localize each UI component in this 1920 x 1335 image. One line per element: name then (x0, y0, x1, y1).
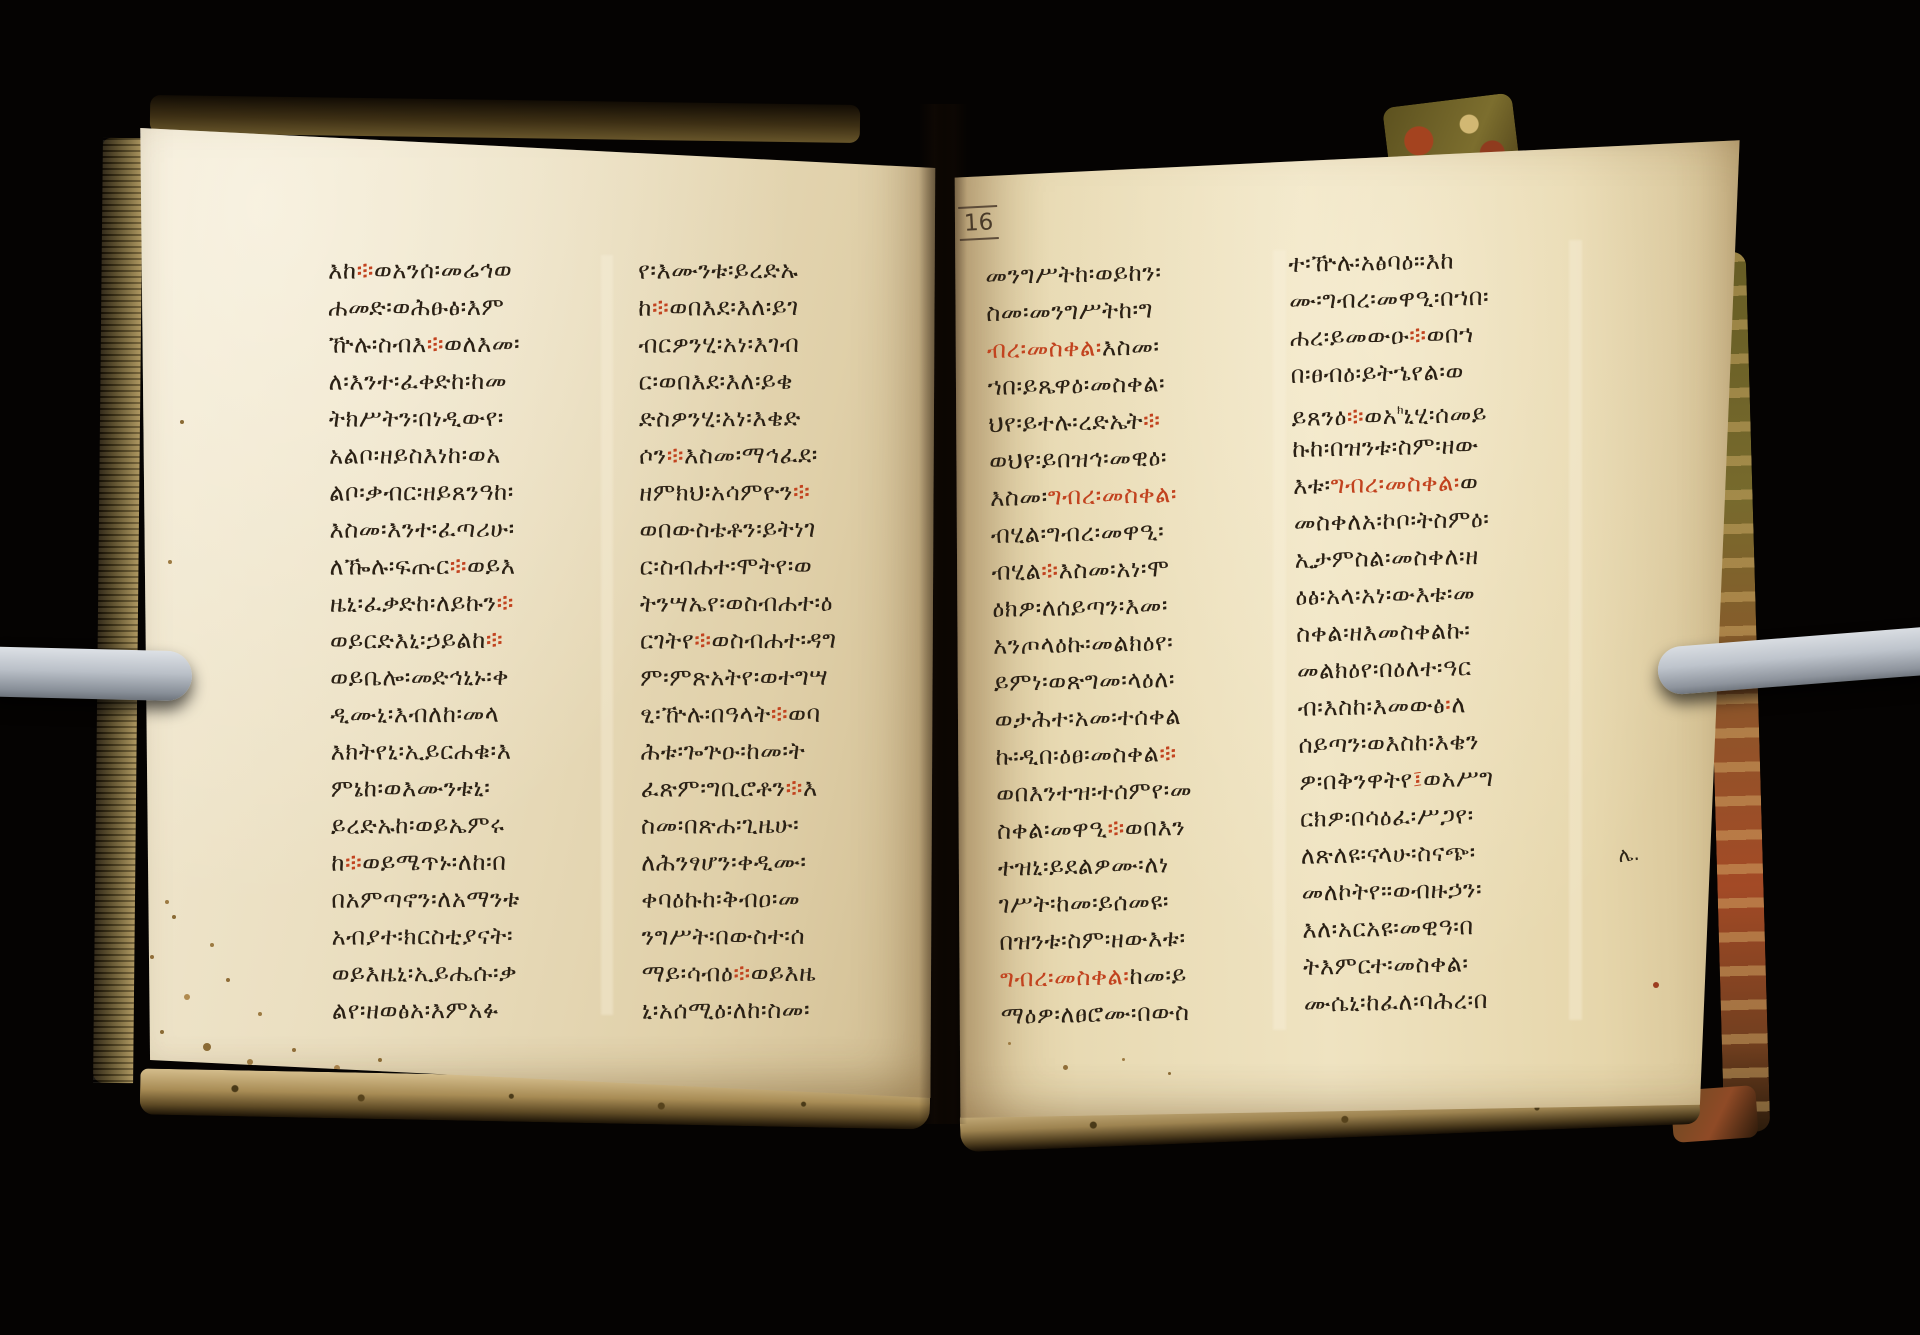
ink-text: ዜኒ፡ፈቃድከ፡ለይኩን (330, 589, 497, 618)
ink-text: እስመ፡እንተ፡ፈጣሪሁ፡ (329, 515, 514, 544)
text-line: ስመ፡በጽሐ፡ጊዜሁ፡ (641, 806, 916, 844)
book-gutter-shadow (919, 104, 967, 1124)
ink-text: ለሕንፃሆን፡ቀዲሙ፡ (641, 848, 807, 877)
ink-text: ወበእን (1125, 813, 1186, 842)
ink-text: እስመ፡ማኅፈደ፡ (684, 441, 818, 470)
margin-quire-mark: ሌ. (1616, 841, 1640, 868)
ink-text: በአምጣኖን፡ለአማንቱ (331, 885, 520, 914)
ink-text: ይረድኡከ፡ወይኤምሩ (331, 811, 505, 840)
ink-text: እስመ፡አነ፡ሞ (1058, 554, 1169, 584)
ink-text: ሙ፡ግብረ፡መዋዒ፡በኀበ፡ (1289, 283, 1490, 315)
rubric-text: ፨ (1409, 321, 1427, 349)
ink-text: ትንሣኤየ፡ወስብሐተ፡ዕ (640, 589, 833, 618)
text-line: ትንሣኤየ፡ወስብሐተ፡ዕ (640, 584, 915, 622)
text-line: ይረድኡከ፡ወይኤምሩ (331, 806, 606, 844)
text-line: ከ፨ወይሜጥኑ፡ለከ፡በ (331, 843, 606, 881)
ink-text: ስመ፡በጽሐ፡ጊዜሁ፡ (641, 811, 799, 840)
ink-text: ትእምርተ፡መስቀል፡ (1303, 949, 1469, 980)
rubric-text: ፨ (450, 552, 468, 580)
text-line: እለ፡አርአዩ፡መዊዓ፡በ (1302, 906, 1585, 949)
rubric-text: ፨ (497, 589, 515, 617)
page-holder-clip-left (0, 647, 193, 702)
ink-text: ስቀል፡ዘእመስቀልኩ፡ (1296, 616, 1471, 648)
text-line: ዅሉ፡ስብእ፨ወለእመ፡ (328, 325, 603, 363)
ink-text: ማይ፡ሳብዕ (642, 959, 734, 987)
ink-text: ወበእደ፡እለ፡ይገ (669, 293, 798, 322)
ink-text: ወይእ (467, 552, 516, 580)
paper-stains (165, 900, 169, 904)
rubric-text: ግብረ፡መስቀል፡ (1330, 468, 1460, 499)
ink-text: ወአንሰ፡መሬኅወ (374, 256, 512, 285)
ink-text: እከ (328, 257, 357, 285)
text-line: ወህየ፡ይበዝኅ፡መዊዕ፡ (989, 437, 1272, 480)
text-line: አብያተ፡ክርስቲያናት፡ (331, 917, 606, 955)
text-line: ለሕንፃሆን፡ቀዲሙ፡ (641, 843, 916, 881)
text-line: በዝንቱ፡ስም፡ዘውእቱ፡ (999, 918, 1282, 961)
text-line: እቱ፡ግብረ፡መስቀል፡ወ (1293, 462, 1576, 505)
text-line: መስቀለአ፡ኮቦ፡ትስምዕ፡ (1293, 499, 1576, 542)
text-line: ርክዎ፡በሳዕፈ፡ሥጋየ፡ (1300, 795, 1583, 838)
ink-text: ርክዎ፡በሳዕፈ፡ሥጋየ፡ (1300, 801, 1474, 833)
text-line: ወይእዜኒ፡ኢይሔሱ፡ቃ (332, 954, 607, 992)
ink-text: ከመ፡ይ (1129, 961, 1187, 990)
ink-text: ኒ፡አሰሚዕ፡ለከ፡ስመ፡ (642, 996, 810, 1025)
text-line: እስመ፡እንተ፡ፈጣሪሁ፡ (329, 510, 604, 548)
ink-text: ዲሙኒ፡እብለከ፡መላ (330, 700, 499, 729)
paper-stains (1008, 1042, 1011, 1045)
text-line: ተ፡ዅሉ፡አፅባዕ።እከ (1288, 240, 1571, 283)
ink-text: ወአሥግ (1423, 764, 1494, 793)
text-line: ይጸንዕ፨ወአክኒሂ፡ሰመይ (1291, 388, 1574, 431)
ink-text: እክትየኒ፡ኢይርሐቁ፡እ (331, 737, 512, 766)
text-line: ህየ፡ይተሉ፡ረድኤት፨ (988, 400, 1271, 443)
text-line: ኀበ፡ይጼዋዕ፡መስቀል፡ (987, 363, 1270, 406)
rubric-text: ፨ (1159, 739, 1177, 767)
text-line: ትእምርተ፡መስቀል፡ (1303, 943, 1586, 986)
text-line: ዜኒ፡ፈቃድከ፡ለይኩን፨ (330, 584, 605, 622)
ink-text: ይጸንዕ (1291, 403, 1347, 432)
ink-text: ከ (331, 849, 345, 877)
ink-text: እቱ፡ (1293, 471, 1331, 500)
text-line: ብ፡እስከ፡እመውፅ፡ለ (1297, 684, 1580, 727)
ink-text: ኩ፡ዲበ፡ዕፀ፡መስቀል (995, 739, 1159, 770)
ink-text: ልቦ፡ቃብር፡ዘይጸንዓከ፡ (329, 478, 514, 507)
text-line: ስቀል፡ዘእመስቀልኩ፡ (1296, 610, 1579, 653)
text-line: ዘምክህ፡አሳምዮን፨ (639, 473, 914, 511)
text-line: ለ፡እንተ፡ፈቀድከ፡ከመ (329, 362, 604, 400)
ink-text: የ፡እሙንቱ፡ይረድኡ (638, 256, 798, 285)
text-line: ሰይጣን፡ወእስከ፡እቄን (1298, 721, 1581, 764)
text-line: ዎ፡በቅንዋትየ፤ወአሥግ (1299, 758, 1582, 801)
rubric-text: ፨ (1107, 814, 1125, 842)
text-line: ፂ፡ዅሉ፡በዓላት፨ወባ (640, 695, 915, 733)
text-line: እክትየኒ፡ኢይርሐቁ፡እ (330, 732, 605, 770)
rubric-text: ፨ (486, 626, 504, 654)
text-line: በአምጣኖን፡ለአማንቱ (331, 880, 606, 918)
text-line: ተዝኒ፡ይደልዎሙ፡ለነ (997, 844, 1280, 887)
text-line: እከ፨ወአንሰ፡መሬኅወ (328, 251, 603, 289)
ink-text: ለ፡እንተ፡ፈቀድከ፡ከመ (329, 367, 507, 396)
ink-text: ለ (1451, 690, 1466, 718)
ink-text: ኩከ፡በዝንቱ፡ስም፡ዘው (1292, 431, 1479, 463)
rubric-text: ፨ (1041, 557, 1059, 585)
ink-text: ወይሜጥኑ፡ለከ፡በ (362, 848, 506, 877)
ink-text: ዅሉ፡ስብእ (328, 330, 426, 359)
ink-text: መልክዕየ፡በዕለተ፡ዓር (1297, 653, 1472, 685)
rubric-text: ፨ (694, 626, 712, 654)
text-line: እስመ፡ግብረ፡መስቀል፡ (990, 474, 1273, 517)
ink-text: ወይርድእኒ፡ኃይልከ (330, 626, 486, 655)
ink-text: ር፡ስብሐተ፡ሞትየ፡ወ (640, 552, 813, 581)
ink-text: ለጽለዩ፡ናላሁ፡ስናጭ፡ (1300, 838, 1476, 870)
text-line: ትክሥትን፡በነዲውየ፡ (329, 399, 604, 437)
text-line: ዕፅ፡አላ፡አነ፡ውእቱ፡መ (1295, 573, 1578, 616)
ink-text: ፈጽም፡ግቢሮቶን (641, 774, 786, 803)
text-line: ሙ፡ግብረ፡መዋዒ፡በኀበ፡ (1289, 277, 1572, 320)
text-line: ኢታምስል፡መስቀለ፡ዘ (1294, 536, 1577, 579)
ink-text: ዕፅ፡አላ፡አነ፡ውእቱ፡መ (1295, 579, 1475, 611)
text-line: ለዀሉ፡ፍጡር፨ወይእ (330, 547, 605, 585)
text-line: ሙሴኒ፡ከፈለ፡ባሕረ፡በ (1303, 980, 1586, 1023)
ink-text: ር፡ወበእደ፡እለ፡ይቄ (639, 367, 793, 396)
ink-text: እ (803, 774, 818, 802)
ink-text: ወታሕተ፡አመ፡ተሰቀል (994, 702, 1181, 734)
text-line: ወበውስቴቶን፡ይትነገ (639, 510, 914, 548)
ink-text: ሶን (639, 442, 667, 470)
ink-text: ትክሥትን፡በነዲውየ፡ (329, 404, 504, 433)
text-line: ግብረ፡መስቀል፡ከመ፡ይ (1000, 955, 1283, 998)
text-line: ልየ፡ዘወፅአ፡እምአፉ (332, 991, 607, 1029)
ink-text: ወባ (788, 700, 821, 728)
text-line: ገሥት፡ከመ፡ይሰመዩ፡ (998, 881, 1281, 924)
ink-text: ወለእመ፡ (444, 330, 520, 358)
ink-text: ወህየ፡ይበዝኅ፡መዊዕ፡ (989, 443, 1167, 475)
ink-text: ም፡ምጽአትየ፡ወተግሣ (640, 663, 828, 692)
rubric-text: ግብረ፡መስቀል፡ (1000, 962, 1130, 993)
ink-text: ማዕዎ፡ለፀሮሙ፡በውስ (1001, 998, 1190, 1030)
rubric-text: ፨ (356, 256, 374, 284)
ink-text: ድስዎንሂ፡አነ፡እቄድ (639, 404, 801, 433)
text-line: ሐረ፡ይመውዑ፨ወበኀ (1290, 314, 1573, 357)
text-line: ወበእንተዝ፡ተሰምየ፡መ (996, 770, 1279, 813)
rubric-text: ፨ (793, 478, 811, 506)
ink-text: እለ፡አርአዩ፡መዊዓ፡በ (1302, 912, 1474, 944)
rubric-text: ፨ (771, 700, 789, 728)
text-line: ብረ፡መስቀል፡እስመ፡ (987, 326, 1270, 369)
rubric-text: ፨ (652, 294, 670, 322)
text-line: መንግሥትከ፡ወይከን፡ (985, 252, 1268, 295)
ink-text: ምኔከ፡ወእሙንቱኒ፡ (331, 774, 491, 803)
ink-text: ተዝኒ፡ይደልዎሙ፡ለነ (997, 850, 1169, 882)
text-line: መልክዕየ፡በዕለተ፡ዓር (1297, 647, 1580, 690)
text-line: ፈጽም፡ግቢሮቶን፨እ (641, 769, 916, 807)
text-line: ዕክዎ፡ለሰይጣን፡እመ፡ (992, 585, 1275, 628)
ink-text: እስመ፡ (1102, 332, 1160, 361)
text-line: ስመ፡መንግሥትከ፡ግ (986, 289, 1269, 332)
rubric-text: ፨ (667, 441, 685, 469)
text-line: ንግሥት፡በውስተ፡ሰ (641, 917, 916, 955)
ink-text: በ፡ፀብዕ፡ይትኄየል፡ወ (1290, 357, 1464, 389)
ink-text: ብሂል (991, 557, 1041, 586)
text-line: ወይቤሎ፡መድኅኒኑ፡ቀ (330, 658, 605, 696)
text-line: ዲሙኒ፡እብለከ፡መላ (330, 695, 605, 733)
ink-text: እስመ፡ (990, 483, 1048, 512)
manuscript-page-left: እከ፨ወአንሰ፡መሬኅወሐመድ፡ወሕፁፅ፡እምዅሉ፡ስብእ፨ወለእመ፡ለ፡እንተ… (133, 105, 945, 1105)
ink-text: ንግሥት፡በውስተ፡ሰ (641, 922, 805, 951)
text-line: ለጽለዩ፡ናላሁ፡ስናጭ፡ (1300, 832, 1583, 875)
text-line: ወይርድእኒ፡ኃይልከ፨ (330, 621, 605, 659)
text-line: ሶን፨እስመ፡ማኅፈደ፡ (639, 436, 914, 474)
text-line: መለኮትየ።ወብዙኃን፡ (1301, 869, 1584, 912)
manuscript-page-right: 16 መንግሥትከ፡ወይከን፡ስመ፡መንግሥትከ፡ግብረ፡መስቀል፡እስመ፡ኀበ… (945, 120, 1755, 1130)
text-line: ብሂል፡ግብረ፡መዋዒ፡ (990, 511, 1273, 554)
text-line: ድስዎንሂ፡አነ፡እቄድ (639, 399, 914, 437)
ink-text: መስቀለአ፡ኮቦ፡ትስምዕ፡ (1294, 505, 1490, 537)
ink-text: ሐረ፡ይመውዑ (1290, 321, 1410, 351)
ink-text: መንግሥትከ፡ወይከን፡ (985, 258, 1162, 290)
text-line: ማይ፡ሳብዕ፨ወይእዜ (642, 954, 917, 992)
text-column-4: ተ፡ዅሉ፡አፅባዕ።እከሙ፡ግብረ፡መዋዒ፡በኀበ፡ሐረ፡ይመውዑ፨ወበኀበ፡ፀ… (1288, 240, 1586, 1023)
rubric-text: ብረ፡መስቀል፡ (987, 334, 1102, 364)
ink-text: ወበውስቴቶን፡ይትነገ (639, 515, 816, 544)
ink-text: ወይእዜ (751, 959, 816, 987)
page-stack-fore-edge-left (93, 138, 143, 1083)
text-line: ም፡ምጽአትየ፡ወተግሣ (640, 658, 915, 696)
text-line: በ፡ፀብዕ፡ይትኄየል፡ወ (1290, 351, 1573, 394)
text-line: ምኔከ፡ወእሙንቱኒ፡ (331, 769, 606, 807)
ink-text: ኒሂ፡ሰመይ (1403, 400, 1487, 430)
ink-text: ኢታምስል፡መስቀለ፡ዘ (1294, 542, 1479, 574)
ink-text: ብሂል፡ግብረ፡መዋዒ፡ (991, 517, 1165, 549)
ink-text: ወይቤሎ፡መድኅኒኑ፡ቀ (330, 663, 509, 692)
ink-text: ሐመድ፡ወሕፁፅ፡እም (328, 293, 504, 322)
ink-text: ኀበ፡ይጼዋዕ፡መስቀል፡ (987, 369, 1165, 401)
text-line: አንጦላዕኩ፡መልክዕየ፡ (993, 622, 1276, 665)
text-line: ርገትየ፨ወስብሐተ፡ዳግ (640, 621, 915, 659)
ink-text: ወአ (1364, 402, 1398, 431)
text-line: ሐመድ፡ወሕፁፅ፡እም (328, 288, 603, 326)
ink-text: በዝንቱ፡ስም፡ዘውእቱ፡ (999, 924, 1186, 956)
ink-text: ፂ፡ዅሉ፡በዓላት (640, 700, 771, 729)
photo-open-manuscript: እከ፨ወአንሰ፡መሬኅወሐመድ፡ወሕፁፅ፡እምዅሉ፡ስብእ፨ወለእመ፡ለ፡እንተ… (0, 0, 1920, 1335)
ink-text: ገሥት፡ከመ፡ይሰመዩ፡ (998, 887, 1169, 919)
ink-text: ወበእንተዝ፡ተሰምየ፡መ (996, 776, 1192, 808)
text-line: ልቦ፡ቃብር፡ዘይጸንዓከ፡ (329, 473, 604, 511)
ink-text: ተ፡ዅሉ፡አፅባዕ።እከ (1288, 247, 1454, 278)
ink-text: ወስብሐተ፡ዳግ (711, 626, 836, 655)
text-line: ወታሕተ፡አመ፡ተሰቀል (994, 696, 1277, 739)
rubric-text: ፨ (733, 959, 751, 987)
text-line: ስቀል፡መዋዒ፨ወበእን (997, 807, 1280, 850)
text-line: ር፡ስብሐተ፡ሞትየ፡ወ (640, 547, 915, 585)
ink-text: ይምነ፡ወጽግመ፡ላዕለ፡ (994, 665, 1176, 697)
ink-text: ልየ፡ዘወፅአ፡እምአፉ (332, 996, 499, 1025)
ink-text: ዕክዎ፡ለሰይጣን፡እመ፡ (992, 591, 1168, 623)
text-line: ኩከ፡በዝንቱ፡ስም፡ዘው (1292, 425, 1575, 468)
ink-text: ለዀሉ፡ፍጡር (330, 552, 450, 581)
ink-text: ቀባዕኩከ፡ቅብዐ፡መ (641, 885, 800, 914)
text-line: ብርዎንሂ፡አነ፡እገብ (638, 325, 913, 363)
text-line: የ፡እሙንቱ፡ይረድኡ (638, 251, 913, 289)
rubric-text: ፨ (427, 330, 445, 358)
rubric-text: ግብረ፡መስቀል፡ (1047, 480, 1177, 511)
ink-text: ስቀል፡መዋዒ (997, 815, 1108, 845)
ink-text: መለኮትየ።ወብዙኃን፡ (1301, 875, 1482, 907)
text-column-2: የ፡እሙንቱ፡ይረድኡከ፨ወበእደ፡እለ፡ይገብርዎንሂ፡አነ፡እገብር፡ወበእ… (638, 251, 917, 1029)
rubric-text: ፤ (1412, 765, 1423, 793)
ink-text: ስመ፡መንግሥትከ፡ግ (986, 295, 1153, 326)
text-column-1: እከ፨ወአንሰ፡መሬኅወሐመድ፡ወሕፁፅ፡እምዅሉ፡ስብእ፨ወለእመ፡ለ፡እንተ… (328, 251, 607, 1029)
ink-text: ሰይጣን፡ወእስከ፡እቄን (1298, 727, 1479, 759)
text-line: አልቦ፡ዘይስእነከ፡ወአ (329, 436, 604, 474)
text-line: ኩ፡ዲበ፡ዕፀ፡መስቀል፨ (995, 733, 1278, 776)
rubric-text: ፨ (345, 849, 363, 877)
ink-text: ብርዎንሂ፡አነ፡እገብ (638, 330, 799, 359)
ink-text: ከ (638, 294, 652, 322)
text-line: ሕቱ፡ጐጕዑ፡ከመ፡ት (640, 732, 915, 770)
text-line: ብሂል፨እስመ፡አነ፡ሞ (991, 548, 1274, 591)
ink-text: አንጦላዕኩ፡መልክዕየ፡ (993, 628, 1174, 660)
text-line: ማዕዎ፡ለፀሮሙ፡በውስ (1000, 992, 1283, 1035)
ink-text: ዎ፡በቅንዋትየ (1299, 766, 1413, 796)
rubric-text: ፨ (1347, 402, 1365, 430)
ink-text: አብያተ፡ክርስቲያናት፡ (331, 922, 513, 951)
rubric-text: ፨ (1143, 406, 1161, 434)
ink-text: ህየ፡ይተሉ፡ረድኤት (988, 407, 1143, 438)
ink-text: አልቦ፡ዘይስእነከ፡ወአ (329, 441, 501, 470)
ink-spot (1653, 982, 1659, 988)
ink-text: ወ (1460, 468, 1479, 496)
text-line: ር፡ወበእደ፡እለ፡ይቄ (639, 362, 914, 400)
text-line: ቀባዕኩከ፡ቅብዐ፡መ (641, 880, 916, 918)
ink-text: ዘምክህ፡አሳምዮን (639, 478, 793, 507)
ink-text: ሙሴኒ፡ከፈለ፡ባሕረ፡በ (1304, 986, 1489, 1018)
rubric-text: ፨ (786, 774, 804, 802)
ink-text: ወበኀ (1426, 320, 1474, 349)
text-column-3: መንግሥትከ፡ወይከን፡ስመ፡መንግሥትከ፡ግብረ፡መስቀል፡እስመ፡ኀበ፡ይጼ… (985, 252, 1283, 1035)
ink-text: ብ፡እስከ፡እመውፅ (1297, 691, 1445, 722)
ink-text: ወይእዜኒ፡ኢይሔሱ፡ቃ (332, 959, 518, 988)
ink-text: ሕቱ፡ጐጕዑ፡ከመ፡ት (641, 737, 806, 766)
text-line: ይምነ፡ወጽግመ፡ላዕለ፡ (994, 659, 1277, 702)
text-line: ከ፨ወበእደ፡እለ፡ይገ (638, 288, 913, 326)
ink-text: ርገትየ (640, 626, 694, 654)
text-line: ኒ፡አሰሚዕ፡ለከ፡ስመ፡ (642, 991, 917, 1029)
